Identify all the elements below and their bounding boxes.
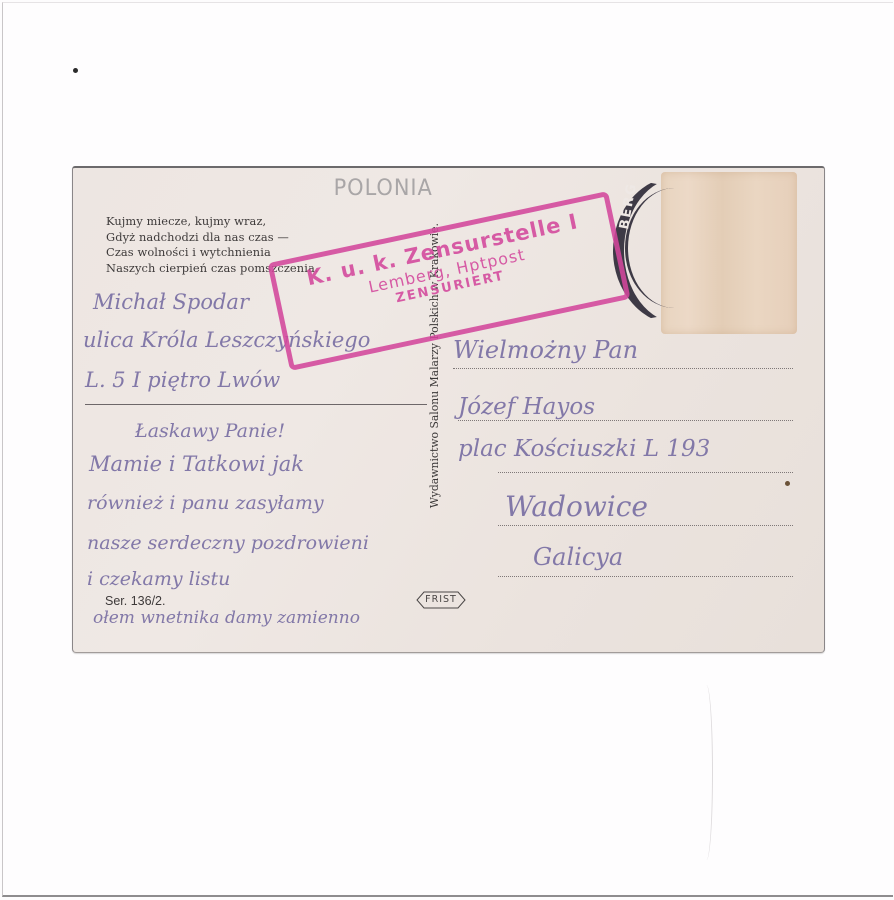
address-dotted-line (498, 472, 793, 473)
addressee-line: Wielmożny Pan (453, 336, 638, 364)
mount-crease (700, 685, 713, 860)
addressee-line: Józef Hayos (458, 394, 595, 420)
message-line: nasze serdeczny pozdrowieni (87, 532, 369, 554)
poem-line: Gdyż nadchodzi dla nas czas — (106, 230, 319, 246)
message-line: Łaskawy Panie! (135, 420, 285, 442)
address-dotted-line (498, 525, 793, 526)
addressee-line: Galicya (533, 543, 623, 571)
postmark-inner-ring (625, 188, 724, 308)
frist-label: FRIST (416, 594, 466, 605)
sender-divider (85, 404, 427, 405)
archive-note: POLONIA (334, 176, 433, 201)
frist-mark: FRIST (416, 591, 466, 609)
message-line: ołem wnetnika damy zamienno (93, 608, 360, 628)
addressee-line: Wadowice (505, 490, 648, 523)
poem-line: Kujmy miecze, kujmy wraz, (106, 214, 319, 230)
sender-line: L. 5 I piętro Lwów (85, 368, 280, 392)
address-dotted-line (498, 576, 793, 577)
message-line: Mamie i Tatkowi jak (89, 452, 304, 476)
addressee-line: plac Kościuszki L 193 (458, 436, 710, 462)
dust-speck (73, 68, 78, 73)
address-dotted-line (453, 368, 793, 369)
series-number: Ser. 136/2. (105, 594, 165, 608)
message-line: również i panu zasyłamy (87, 492, 324, 514)
address-dotted-line (458, 420, 793, 421)
message-line: i czekamy listu (87, 568, 230, 590)
sender-line: Michał Spodar (93, 290, 249, 314)
stain-spot (785, 481, 790, 486)
postcard: POLONIA Kujmy miecze, kujmy wraz, Gdyż n… (72, 166, 825, 653)
